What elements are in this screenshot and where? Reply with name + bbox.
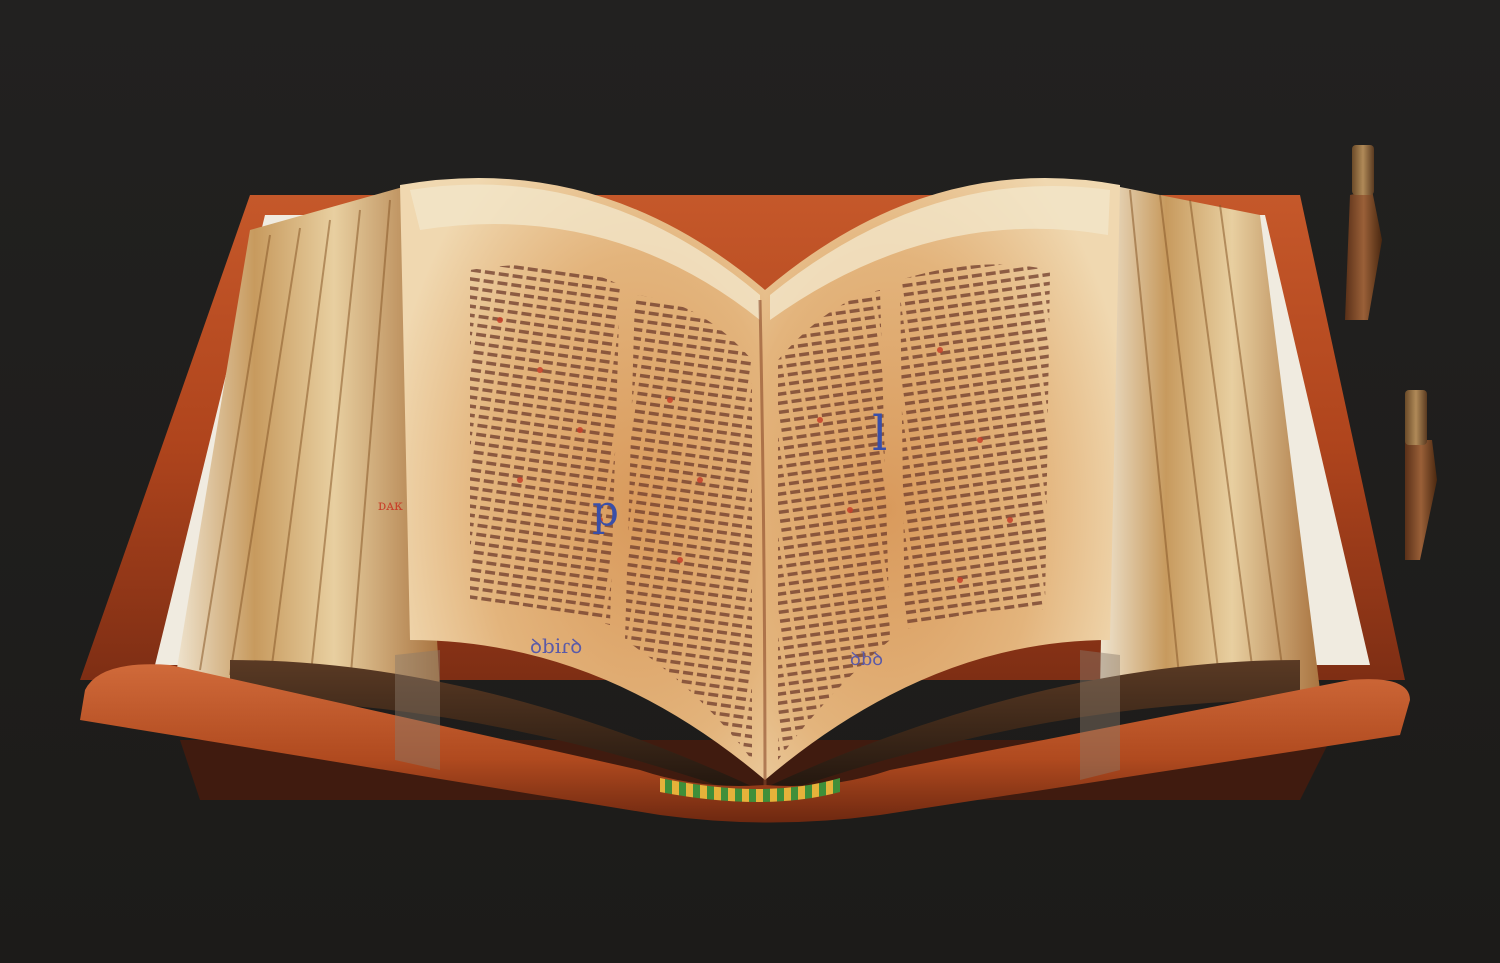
mesh-strap-right — [1080, 650, 1120, 780]
left-initial: p — [592, 486, 619, 535]
left-catchword: ꝺbiɾꝺ — [530, 634, 582, 658]
right-page-column-2 — [900, 264, 1050, 630]
photo-scene: p l ᴅᴀᴋ ꝺbiɾꝺ ꝺbꝺ — [0, 0, 1500, 963]
right-catchword: ꝺbꝺ — [850, 649, 883, 670]
left-page-column-1 — [470, 265, 620, 625]
right-initial: l — [872, 406, 887, 462]
margin-note: ᴅᴀᴋ — [378, 498, 403, 514]
manuscript-photo: p l ᴅᴀᴋ ꝺbiɾꝺ ꝺbꝺ — [0, 0, 1500, 963]
mesh-strap-left — [395, 650, 440, 770]
